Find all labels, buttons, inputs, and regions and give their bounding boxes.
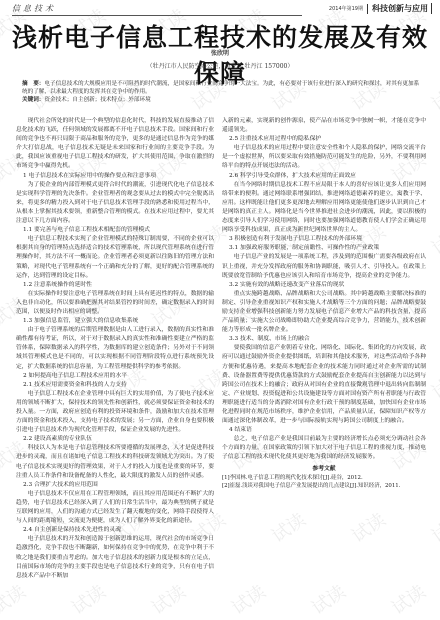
journal-name: 科技创新与应用 <box>372 3 432 14</box>
body-paragraph: 电子信息工程技术实现了企业管理模式的特殊订制需要，不同的企业可以根据其自身的管理… <box>16 235 214 280</box>
header-divider <box>367 4 368 14</box>
abstract-label: 摘 要： <box>22 81 44 87</box>
section-heading: 4 结束语 <box>222 426 426 435</box>
keywords: 关键词：资金技术；自主创新；技术特点；外部环境 <box>22 96 422 104</box>
body-paragraph: 由于电子管理系统的后期管理数据是由人工进行录入，数据的真实性和准确性都有待考证，… <box>16 326 214 371</box>
reference-item: [1]李国林.电子信息工程的现代化技术探讨[J].硅谷，2012. <box>222 474 426 482</box>
body-paragraph: 在实际操作时要注意电子管理系统在时间上具有延迟性的特点，数据的输入也非自动化，所… <box>16 290 214 317</box>
body-paragraph: 总之，电子信息产业是我国目前最为主要的经济增长点必须充分调动社会各个方面的力量，… <box>222 435 426 462</box>
body-paragraph: 电子信息工程技术在企业管理中具有巨大的实用价值，为了使电子技术应用的领域不断扩大… <box>16 390 214 435</box>
running-header: 信息技术 2014年第19期 科技创新与应用 <box>8 3 432 17</box>
body-paragraph: 电子信息技术的开发和创造源于创新思维的运用，现代社会的市场竞争日趋激烈化，竞争手… <box>16 535 214 580</box>
body-paragraph: 电子信息技术不仅应用在工程管理领域，而且其应用范围还有不断扩大的趋势，电子信息技… <box>16 490 214 526</box>
author-affiliation: （牡丹江市人民防空办公室，黑龙江 牡丹江 157000） <box>0 61 440 70</box>
author-name: 张欣明 <box>0 48 440 57</box>
issue-label: 2014年第19期 <box>329 5 363 12</box>
section-heading: 3 积极创造有利于发展电子信息工程技术的外部环境 <box>222 235 426 244</box>
section-heading: 2 如何提高电子信息工程技术应用的水平 <box>16 372 214 381</box>
right-column: 入新的元素，实现新的创作源泉，使产品在市场竞争中独树一帜，才能在竞争中遥遥领先。… <box>222 117 426 490</box>
abstract-block: 摘 要：电子信息技术的大规模应用是不可阻挡的时代潮流，是国家间和行业间竞争的一大… <box>22 80 422 104</box>
section-heading: 1.2 注意系统操作的延时性 <box>16 281 214 290</box>
section-heading: 2.5 注重技术应用过程中的隐私保护 <box>222 135 426 144</box>
body-paragraph: 在当今网络时期信息技术工程不应局限于本人的喜好应该让更多人们应用网络带来的便利。… <box>222 181 426 236</box>
left-column: 现代社会所处的时代是一个典型的信息化时代，科技的发展直接推动了信息化技术的飞跃，… <box>16 117 214 581</box>
body-paragraph: 电子信息技术的应用过程中要注意安全性和个人隐私的保护，网络交流平台是一个虚拟世界… <box>222 144 426 171</box>
abstract: 摘 要：电子信息技术的大规模应用是不可阻挡的时代潮流，是国家间和行业间竞争的一大… <box>22 80 422 96</box>
section-heading: 2.2 建设高素质的专业队伍 <box>16 435 214 444</box>
keywords-text: 资金技术；自主创新；技术特点；外部环境 <box>44 97 150 103</box>
body-paragraph: 为了使企业的内部管理模式更符合时代的潮流，引进现代化电子信息技术是实现科学管理的… <box>16 181 214 226</box>
body-paragraph: 电子信息产业的发展是一项系统工程，涉及到的范围极广需要各级政府在认识上重视，并充… <box>222 253 426 280</box>
body-paragraph: 科技以人为本是电子信息管理技术所要遵循的发展理念，人才是促进科技进步的灵魂，而且… <box>16 444 214 480</box>
body-paragraph: 要使我国的信息产业朝着专业化、网络化、国际化、集团化的方向发展，政府可以通过鼓励… <box>222 344 426 426</box>
keywords-label: 关键词： <box>22 97 44 103</box>
abstract-text: 电子信息技术的大规模应用是不可阻挡的时代潮流，是国家间和行业间竞争的一大法宝。为… <box>22 81 419 95</box>
body-paragraph: 入新的元素，实现新的创作源泉，使产品在市场竞争中独树一帜，才能在竞争中遥遥领先。 <box>222 117 426 135</box>
section-heading: 1.1 要完善与电子信息工程技术相配套的管理模式 <box>16 226 214 235</box>
body-paragraph: 重点实施跨越战略、品牌战略和大公司战略。其中跨越战略主要解决标准的制定、引导企业… <box>222 290 426 335</box>
header-right: 2014年第19期 科技创新与应用 <box>329 3 432 14</box>
section-heading: 2.1 技术应用需要资金和科技的人力支持 <box>16 381 214 390</box>
section-heading: 1 电子信息技术在实际应用中的操作要点和注意事项 <box>16 172 214 181</box>
section-heading: 2.4 自主创新是保持技术先进性的灵魂 <box>16 526 214 535</box>
section-heading: 2.6 科学引导受众群体，扩大技术应用的正面效应 <box>222 172 426 181</box>
section-heading: 3.3 技术、制度、市场上的融合 <box>222 335 426 344</box>
section-heading: 3.2 实施有效的战略还速改变产业落后的现状 <box>222 281 426 290</box>
reference-item: [2]崔磊.浅谈对我国电子信息产业发展提出的几点建议[J].知识经济，2011. <box>222 482 426 490</box>
section-heading: 2.3 合理扩大技术的应用范围 <box>16 481 214 490</box>
references-title: 参考文献 <box>222 465 426 474</box>
paper-page: 信息技术 2014年第19期 科技创新与应用 浅析电子信息工程技术的发展及有效保… <box>0 0 440 620</box>
header-rule <box>12 15 302 16</box>
body-paragraph: 现代社会所处的时代是一个典型的信息化时代，科技的发展直接推动了信息化技术的飞跃，… <box>16 117 214 172</box>
section-heading: 1.3 加强信息监管，建立强大的信息收集系统 <box>16 317 214 326</box>
section-heading: 3.1 加强政府服务职能，制定前瞻性、可操作性的产业政策 <box>222 244 426 253</box>
header-section-label: 信息技术 <box>12 3 56 14</box>
